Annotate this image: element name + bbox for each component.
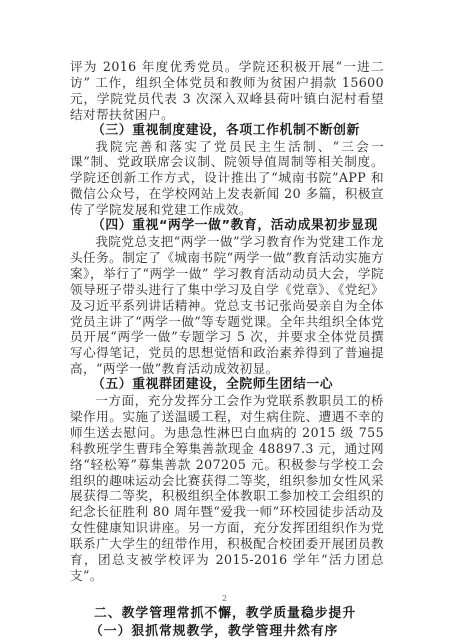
paragraph-mass-organizations: 一方面，充分发挥分工会作为党联系教职员工的桥梁作用。实施了送温暖工程，对生病住院…	[70, 393, 384, 584]
document-body: 评为 2016 年度优秀党员。学院还积极开展“一进二访” 工作，组织全体党员和教…	[70, 59, 384, 640]
subsection-heading-routine-teaching: （一）狠抓常规教学，教学管理井然有序	[70, 624, 384, 640]
section-heading-teaching-management: 二、教学管理常抓不懈，教学质量稳步提升	[70, 606, 384, 622]
page-number: 2	[222, 594, 227, 603]
heading-mass-organizations: （五）重视群团建设，全院师生团结一心	[70, 377, 384, 393]
paragraph-poverty-relief: 评为 2016 年度优秀党员。学院还积极开展“一进二访” 工作，组织全体党员和教…	[70, 59, 384, 123]
heading-two-studies-one-action: （四）重视“两学一做”教育，活动成果初步显现	[70, 218, 384, 234]
paragraph-system-building: 我院完善和落实了党员民主生活制、“三会一课”制、党政联席会议制、院领导值周制等相…	[70, 139, 384, 219]
heading-system-building: （三）重视制度建设，各项工作机制不断创新	[70, 123, 384, 139]
document-page: 评为 2016 年度优秀党员。学院还积极开展“一进二访” 工作，组织全体党员和教…	[0, 0, 453, 640]
paragraph-two-studies-one-action: 我院党总支把“两学一做”学习教育作为党建工作龙头任务。制定了《城南书院“两学一做…	[70, 234, 384, 377]
